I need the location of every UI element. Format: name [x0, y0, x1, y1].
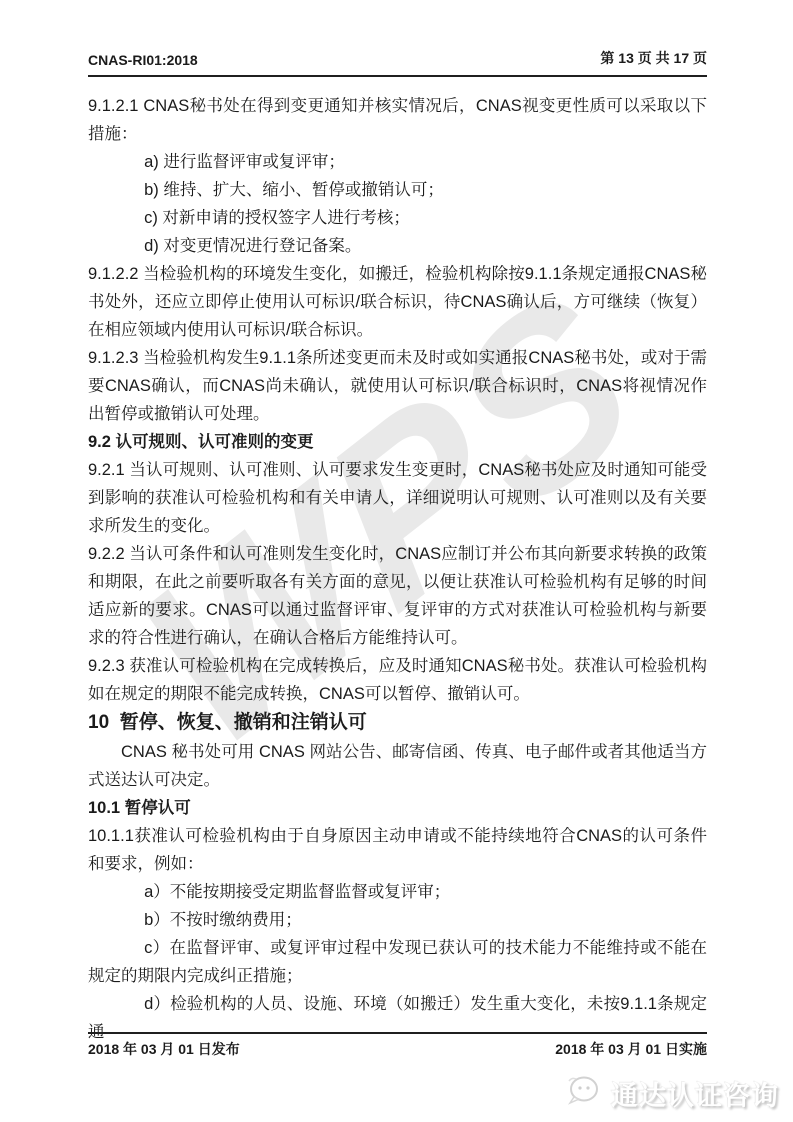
doc-code: CNAS-RI01:2018 — [88, 52, 198, 68]
clause-10-1-1: 10.1.1获准认可检验机构由于自身原因主动申请或不能持续地符合CNAS的认可条… — [88, 822, 707, 878]
list-item-b2: b）不按时缴纳费用； — [88, 906, 707, 934]
document-page: WPS CNAS-RI01:2018 第 13 页 共 17 页 9.1.2.1… — [0, 0, 793, 1122]
list-item-c: c) 对新申请的授权签字人进行考核； — [88, 204, 707, 232]
clause-9-1-2-1: 9.1.2.1 CNAS秘书处在得到变更通知并核实情况后，CNAS视变更性质可以… — [88, 92, 707, 148]
clause-9-2-1: 9.2.1 当认可规则、认可准则、认可要求发生变更时，CNAS秘书处应及时通知可… — [88, 456, 707, 540]
clause-9-2-2: 9.2.2 当认可条件和认可准则发生变化时，CNAS应制订并公布其向新要求转换的… — [88, 540, 707, 652]
heading-10-1: 10.1 暂停认可 — [88, 794, 707, 822]
release-date: 2018 年 03 月 01 日发布 — [88, 1039, 240, 1059]
implement-date: 2018 年 03 月 01 日实施 — [555, 1039, 707, 1059]
page-header: CNAS-RI01:2018 第 13 页 共 17 页 — [88, 48, 707, 77]
heading-10: 10 暂停、恢复、撤销和注销认可 — [88, 708, 707, 738]
list-item-a2: a）不能按期接受定期监督监督或复评审； — [88, 878, 707, 906]
list-item-c2: c）在监督评审、或复评审过程中发现已获认可的技术能力不能维持或不能在规定的期限内… — [88, 934, 707, 990]
page-number-info: 第 13 页 共 17 页 — [600, 48, 707, 68]
list-item-a: a) 进行监督评审或复评审； — [88, 148, 707, 176]
clause-9-1-2-2: 9.1.2.2 当检验机构的环境发生变化，如搬迁，检验机构除按9.1.1条规定通… — [88, 260, 707, 344]
brand-mark: 通达认证咨询 — [564, 1074, 779, 1113]
document-body: 9.1.2.1 CNAS秘书处在得到变更通知并核实情况后，CNAS视变更性质可以… — [88, 92, 707, 1046]
list-item-b: b) 维持、扩大、缩小、暂停或撤销认可； — [88, 176, 707, 204]
heading-9-2: 9.2 认可规则、认可准则的变更 — [88, 428, 707, 456]
list-item-d: d) 对变更情况进行登记备案。 — [88, 232, 707, 260]
clause-9-1-2-3: 9.1.2.3 当检验机构发生9.1.1条所述变更而未及时或如实通报CNAS秘书… — [88, 344, 707, 428]
clause-10-intro: CNAS 秘书处可用 CNAS 网站公告、邮寄信函、传真、电子邮件或者其他适当方… — [88, 738, 707, 794]
page-footer: 2018 年 03 月 01 日发布 2018 年 03 月 01 日实施 — [88, 1032, 707, 1059]
chat-bubble-icon — [564, 1075, 602, 1112]
brand-name: 通达认证咨询 — [611, 1074, 779, 1113]
clause-9-2-3: 9.2.3 获准认可检验机构在完成转换后，应及时通知CNAS秘书处。获准认可检验… — [88, 652, 707, 708]
